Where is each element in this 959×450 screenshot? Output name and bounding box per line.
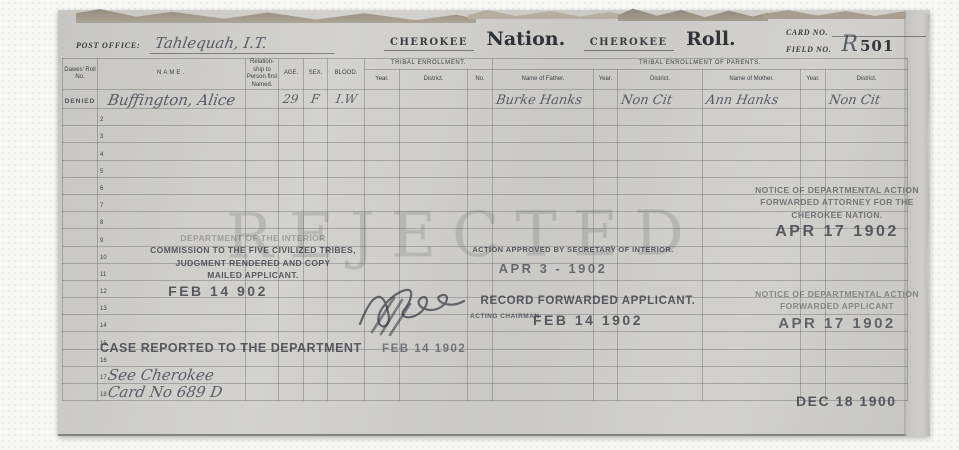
- cell-mother: [703, 246, 801, 263]
- cell-m_dist: [826, 263, 908, 280]
- cell-blood: I.W: [328, 90, 365, 109]
- cell-rel: [246, 366, 279, 383]
- cell-sex: [304, 126, 328, 143]
- cell-te_dist: [400, 160, 468, 177]
- cell-roll: [63, 143, 98, 160]
- handwritten-value: I.W: [334, 92, 357, 106]
- cell-roll: [63, 212, 98, 229]
- cell-roll: [63, 194, 98, 211]
- cell-te_dist: [400, 143, 468, 160]
- denied-stamp: DENIED: [65, 98, 96, 105]
- card-id-block: Card No. Field No. R 501: [786, 20, 926, 54]
- cell-f_dist: [618, 160, 703, 177]
- cell-roll: [63, 109, 98, 126]
- cell-mother: [703, 332, 801, 349]
- cell-age: [279, 143, 304, 160]
- row-number: 18: [100, 392, 107, 398]
- field-no-script-letter: R: [841, 36, 858, 54]
- cell-te_dist: [400, 177, 468, 194]
- handwritten-name: Card No 689 D: [107, 383, 224, 401]
- cell-age: 29: [279, 90, 304, 109]
- cell-roll: [63, 229, 98, 246]
- cell-rel: [246, 109, 279, 126]
- table-row: 18Card No 689 D: [63, 384, 908, 401]
- handwritten-value: Non Cit: [828, 93, 881, 108]
- cell-m_year: [801, 126, 826, 143]
- cell-f_dist: [618, 177, 703, 194]
- cell-te_year: [365, 160, 400, 177]
- cell-te_year: [365, 143, 400, 160]
- col-header-name: NAME.: [98, 59, 246, 90]
- stamp-date: DEC 18 1900: [796, 393, 946, 409]
- cell-te_no: [468, 177, 493, 194]
- cell-f_dist: [618, 143, 703, 160]
- cell-te_no: [468, 160, 493, 177]
- cell-sex: [304, 384, 328, 401]
- post-office-value: Tahlequah, I.T.: [149, 34, 337, 54]
- cell-f_dist: [618, 126, 703, 143]
- cell-te_no: [468, 126, 493, 143]
- cell-age: [279, 384, 304, 401]
- cell-sex: [304, 298, 328, 315]
- cell-age: [279, 298, 304, 315]
- cell-father: [493, 126, 594, 143]
- cell-mother: [703, 384, 801, 401]
- cell-f_dist: [618, 349, 703, 366]
- cell-m_dist: [826, 349, 908, 366]
- cell-f_year: [594, 332, 618, 349]
- group-header-parents: TRIBAL ENROLLMENT OF PARENTS.: [493, 59, 908, 70]
- col-header-m-year: Year.: [801, 70, 826, 90]
- post-office-line: Post Office: Tahlequah, I.T.: [76, 34, 336, 54]
- group-header-row: Dawes' Roll No. NAME. Relation-ship to P…: [63, 59, 908, 70]
- cell-te_year: [365, 90, 400, 109]
- col-header-sex: SEX.: [304, 59, 328, 90]
- cell-f_year: [594, 109, 618, 126]
- cell-mother: [703, 366, 801, 383]
- cell-te_dist: [400, 384, 468, 401]
- cell-te_dist: [400, 366, 468, 383]
- cell-te_dist: [400, 126, 468, 143]
- handwritten-value: Burke Hanks: [495, 93, 583, 108]
- cell-sex: [304, 177, 328, 194]
- cell-name: 14: [98, 315, 246, 332]
- cell-m_dist: [826, 366, 908, 383]
- cell-father: [493, 160, 594, 177]
- cell-te_dist: [400, 90, 468, 109]
- cell-name: 8: [98, 212, 246, 229]
- stamp-line: NOTICE OF DEPARTMENTAL ACTION: [696, 184, 959, 196]
- stamp-date: APR 17 1902: [696, 315, 959, 332]
- field-no-label: Field No.: [786, 46, 831, 54]
- cell-te_year: [365, 366, 400, 383]
- torn-edge-top-right: [763, 9, 928, 19]
- cell-father: Burke Hanks: [493, 90, 594, 109]
- scanned-page: Post Office: Tahlequah, I.T. CHEROKEE Na…: [0, 0, 959, 450]
- cell-father: [493, 109, 594, 126]
- cell-m_year: [801, 366, 826, 383]
- torn-edge-top-middle: [618, 8, 768, 21]
- cell-f_dist: [618, 109, 703, 126]
- action-approved-stamp: ACTION APPROVED BY SECRETARY OF INTERIOR…: [443, 245, 703, 276]
- cell-m_year: [801, 332, 826, 349]
- cell-sex: [304, 160, 328, 177]
- stamp-line: RECORD FORWARDED APPLICANT.: [448, 293, 728, 310]
- cell-roll: [63, 298, 98, 315]
- cell-blood: [328, 109, 365, 126]
- stamp-date: FEB 14 902: [103, 283, 333, 299]
- cell-mother: [703, 160, 801, 177]
- cell-roll: [63, 263, 98, 280]
- stamp-line: CHEROKEE NATION.: [696, 209, 959, 221]
- cell-mother: [703, 109, 801, 126]
- torn-edge-top-left: [76, 9, 476, 23]
- cell-sex: F: [304, 90, 328, 109]
- table-row: 2: [63, 109, 908, 126]
- cell-age: [279, 126, 304, 143]
- cell-roll: [63, 177, 98, 194]
- handwritten-value: Ann Hanks: [705, 93, 780, 108]
- cell-m_dist: [826, 332, 908, 349]
- stamp-line: FORWARDED APPLICANT: [696, 300, 959, 312]
- row-number: 3: [100, 134, 103, 140]
- cell-te_year: [365, 177, 400, 194]
- cell-te_no: [468, 90, 493, 109]
- cell-te_no: [468, 143, 493, 160]
- row-number: 14: [100, 323, 107, 329]
- cell-f_dist: [618, 332, 703, 349]
- title-nation-word: Nation.: [486, 28, 565, 50]
- cell-m_year: [801, 160, 826, 177]
- cell-blood: [328, 384, 365, 401]
- cell-rel: [246, 160, 279, 177]
- table-row: 17See Cherokee: [63, 366, 908, 383]
- cell-name: 13: [98, 298, 246, 315]
- cell-f_year: [594, 366, 618, 383]
- cell-te_no: [468, 366, 493, 383]
- notice-applicant-stamp: NOTICE OF DEPARTMENTAL ACTION FORWARDED …: [696, 288, 959, 332]
- stamp-line: NOTICE OF DEPARTMENTAL ACTION: [696, 288, 959, 300]
- cell-father: [493, 384, 594, 401]
- cell-te_no: [468, 109, 493, 126]
- table-row: 5: [63, 160, 908, 177]
- cell-name: 5: [98, 160, 246, 177]
- table-row: 4: [63, 143, 908, 160]
- cell-name: 2: [98, 109, 246, 126]
- col-header-te-year: Year.: [365, 70, 400, 90]
- record-forwarded-stamp: RECORD FORWARDED APPLICANT. FEB 14 1902: [448, 293, 728, 328]
- col-header-mother: Name of Mother.: [703, 70, 801, 90]
- cell-f_year: [594, 90, 618, 109]
- cell-name: 6: [98, 177, 246, 194]
- row-number: 17: [100, 375, 107, 381]
- cell-f_year: [594, 384, 618, 401]
- row-number: 4: [100, 152, 103, 158]
- cell-sex: [304, 315, 328, 332]
- cell-roll: [63, 315, 98, 332]
- cell-f_year: [594, 349, 618, 366]
- cell-name: 4: [98, 143, 246, 160]
- cell-name: 18Card No 689 D: [98, 384, 246, 401]
- stamp-date: FEB 14 1902: [382, 343, 466, 355]
- cell-te_year: [365, 109, 400, 126]
- cell-roll: [63, 349, 98, 366]
- cell-sex: [304, 143, 328, 160]
- cell-name: 17See Cherokee: [98, 366, 246, 383]
- stamp-line: FORWARDED ATTORNEY FOR THE: [696, 196, 959, 208]
- handwritten-value: F: [310, 92, 321, 106]
- card-no-label: Card No.: [786, 29, 828, 37]
- cell-blood: [328, 143, 365, 160]
- cell-m_year: [801, 109, 826, 126]
- cell-m_dist: [826, 143, 908, 160]
- row-number: 13: [100, 306, 107, 312]
- cell-father: [493, 143, 594, 160]
- stamp-date: APR 17 1902: [696, 223, 959, 241]
- col-header-f-year: Year.: [594, 70, 618, 90]
- field-no-value: 501: [860, 39, 894, 54]
- cell-te_dist: [400, 109, 468, 126]
- cell-sex: [304, 366, 328, 383]
- cell-m_dist: [826, 246, 908, 263]
- handwritten-value: Non Cit: [620, 93, 673, 108]
- table-row: 3: [63, 126, 908, 143]
- case-reported-stamp: CASE REPORTED TO THE DEPARTMENT FEB 14 1…: [100, 339, 520, 357]
- stamp-line: DEPARTMENT OF THE INTERIOR: [103, 232, 403, 244]
- table-row: DENIEDBuffington, Alice29FI.WBurke Hanks…: [63, 90, 908, 109]
- cell-father: [493, 177, 594, 194]
- group-header-tribal-enrollment: TRIBAL ENROLLMENT.: [365, 59, 493, 70]
- stamp-line: ACTION APPROVED BY SECRETARY OF INTERIOR…: [443, 245, 703, 256]
- col-header-te-no: No.: [468, 70, 493, 90]
- cell-m_year: [801, 349, 826, 366]
- cell-m_dist: Non Cit: [826, 90, 908, 109]
- row-number: 5: [100, 169, 103, 175]
- post-office-label: Post Office:: [76, 41, 141, 50]
- cell-f_dist: [618, 384, 703, 401]
- cell-m_dist: [826, 126, 908, 143]
- col-header-father: Name of Father.: [493, 70, 594, 90]
- cell-rel: [246, 126, 279, 143]
- cell-age: [279, 177, 304, 194]
- title-roll-prefix: CHEROKEE: [584, 37, 674, 51]
- stamp-date: FEB 14 1902: [448, 312, 728, 328]
- cell-blood: [328, 126, 365, 143]
- enrollment-card: Post Office: Tahlequah, I.T. CHEROKEE Na…: [58, 10, 930, 436]
- cell-rel: [246, 315, 279, 332]
- col-header-te-district: District.: [400, 70, 468, 90]
- cell-roll: [63, 280, 98, 297]
- cell-f_year: [594, 160, 618, 177]
- cell-rel: [246, 298, 279, 315]
- cell-mother: Ann Hanks: [703, 90, 801, 109]
- cell-f_dist: Non Cit: [618, 90, 703, 109]
- cell-roll: [63, 160, 98, 177]
- cell-mother: [703, 143, 801, 160]
- col-header-blood: BLOOD.: [328, 59, 365, 90]
- cell-age: [279, 366, 304, 383]
- received-date-stamp: DEC 18 1900: [796, 393, 946, 409]
- cell-age: [279, 315, 304, 332]
- cell-mother: [703, 263, 801, 280]
- cell-rel: [246, 143, 279, 160]
- col-header-relationship: Relation-ship to Person first Named.: [246, 59, 279, 90]
- stamp-line: COMMISSION TO THE FIVE CIVILIZED TRIBES,: [103, 244, 403, 256]
- handwritten-name: See Cherokee: [107, 366, 216, 384]
- row-number: 2: [100, 117, 103, 123]
- col-header-age: AGE.: [279, 59, 304, 90]
- cell-blood: [328, 160, 365, 177]
- stamp-line: CASE REPORTED TO THE DEPARTMENT: [100, 341, 362, 355]
- cell-mother: [703, 126, 801, 143]
- cell-m_year: [801, 263, 826, 280]
- cell-roll: [63, 126, 98, 143]
- cell-age: [279, 160, 304, 177]
- cell-f_dist: [618, 366, 703, 383]
- row-number: 16: [100, 358, 107, 364]
- cell-m_year: [801, 246, 826, 263]
- cell-name: 7: [98, 194, 246, 211]
- cell-mother: [703, 349, 801, 366]
- cell-rel: [246, 90, 279, 109]
- row-number: 7: [100, 203, 103, 209]
- cell-sex: [304, 109, 328, 126]
- cell-roll: [63, 384, 98, 401]
- cell-te_year: [365, 384, 400, 401]
- cell-roll: DENIED: [63, 90, 98, 109]
- card-title: CHEROKEE Nation. CHEROKEE Roll.: [384, 30, 750, 50]
- cell-roll: [63, 332, 98, 349]
- cell-m_year: [801, 90, 826, 109]
- title-nation-prefix: CHEROKEE: [384, 37, 474, 51]
- cell-roll: [63, 246, 98, 263]
- cell-rel: [246, 177, 279, 194]
- cell-f_year: [594, 177, 618, 194]
- handwritten-value: 29: [282, 92, 299, 106]
- cell-name: 3: [98, 126, 246, 143]
- cell-m_dist: [826, 109, 908, 126]
- field-no-row: Field No. R 501: [786, 37, 926, 54]
- col-header-roll-no: Dawes' Roll No.: [63, 59, 98, 90]
- handwritten-name: Buffington, Alice: [107, 91, 237, 109]
- cell-rel: [246, 384, 279, 401]
- row-number: 6: [100, 186, 103, 192]
- cell-m_year: [801, 143, 826, 160]
- cell-m_dist: [826, 160, 908, 177]
- col-header-m-district: District.: [826, 70, 908, 90]
- row-number: 8: [100, 220, 103, 226]
- stamp-date: APR 3 - 1902: [443, 261, 663, 276]
- cell-f_year: [594, 126, 618, 143]
- cell-blood: [328, 366, 365, 383]
- cell-blood: [328, 177, 365, 194]
- notice-attorney-stamp: NOTICE OF DEPARTMENTAL ACTION FORWARDED …: [696, 184, 959, 241]
- cell-te_year: [365, 126, 400, 143]
- cell-age: [279, 109, 304, 126]
- cell-name: Buffington, Alice: [98, 90, 246, 109]
- cell-te_no: [468, 384, 493, 401]
- col-header-f-district: District.: [618, 70, 703, 90]
- torn-edge-top-center: [468, 9, 628, 19]
- cell-f_year: [594, 143, 618, 160]
- cell-father: [493, 366, 594, 383]
- stamp-line: JUDGMENT RENDERED AND COPY: [103, 257, 403, 269]
- cell-roll: [63, 366, 98, 383]
- title-roll-word: Roll.: [686, 28, 736, 50]
